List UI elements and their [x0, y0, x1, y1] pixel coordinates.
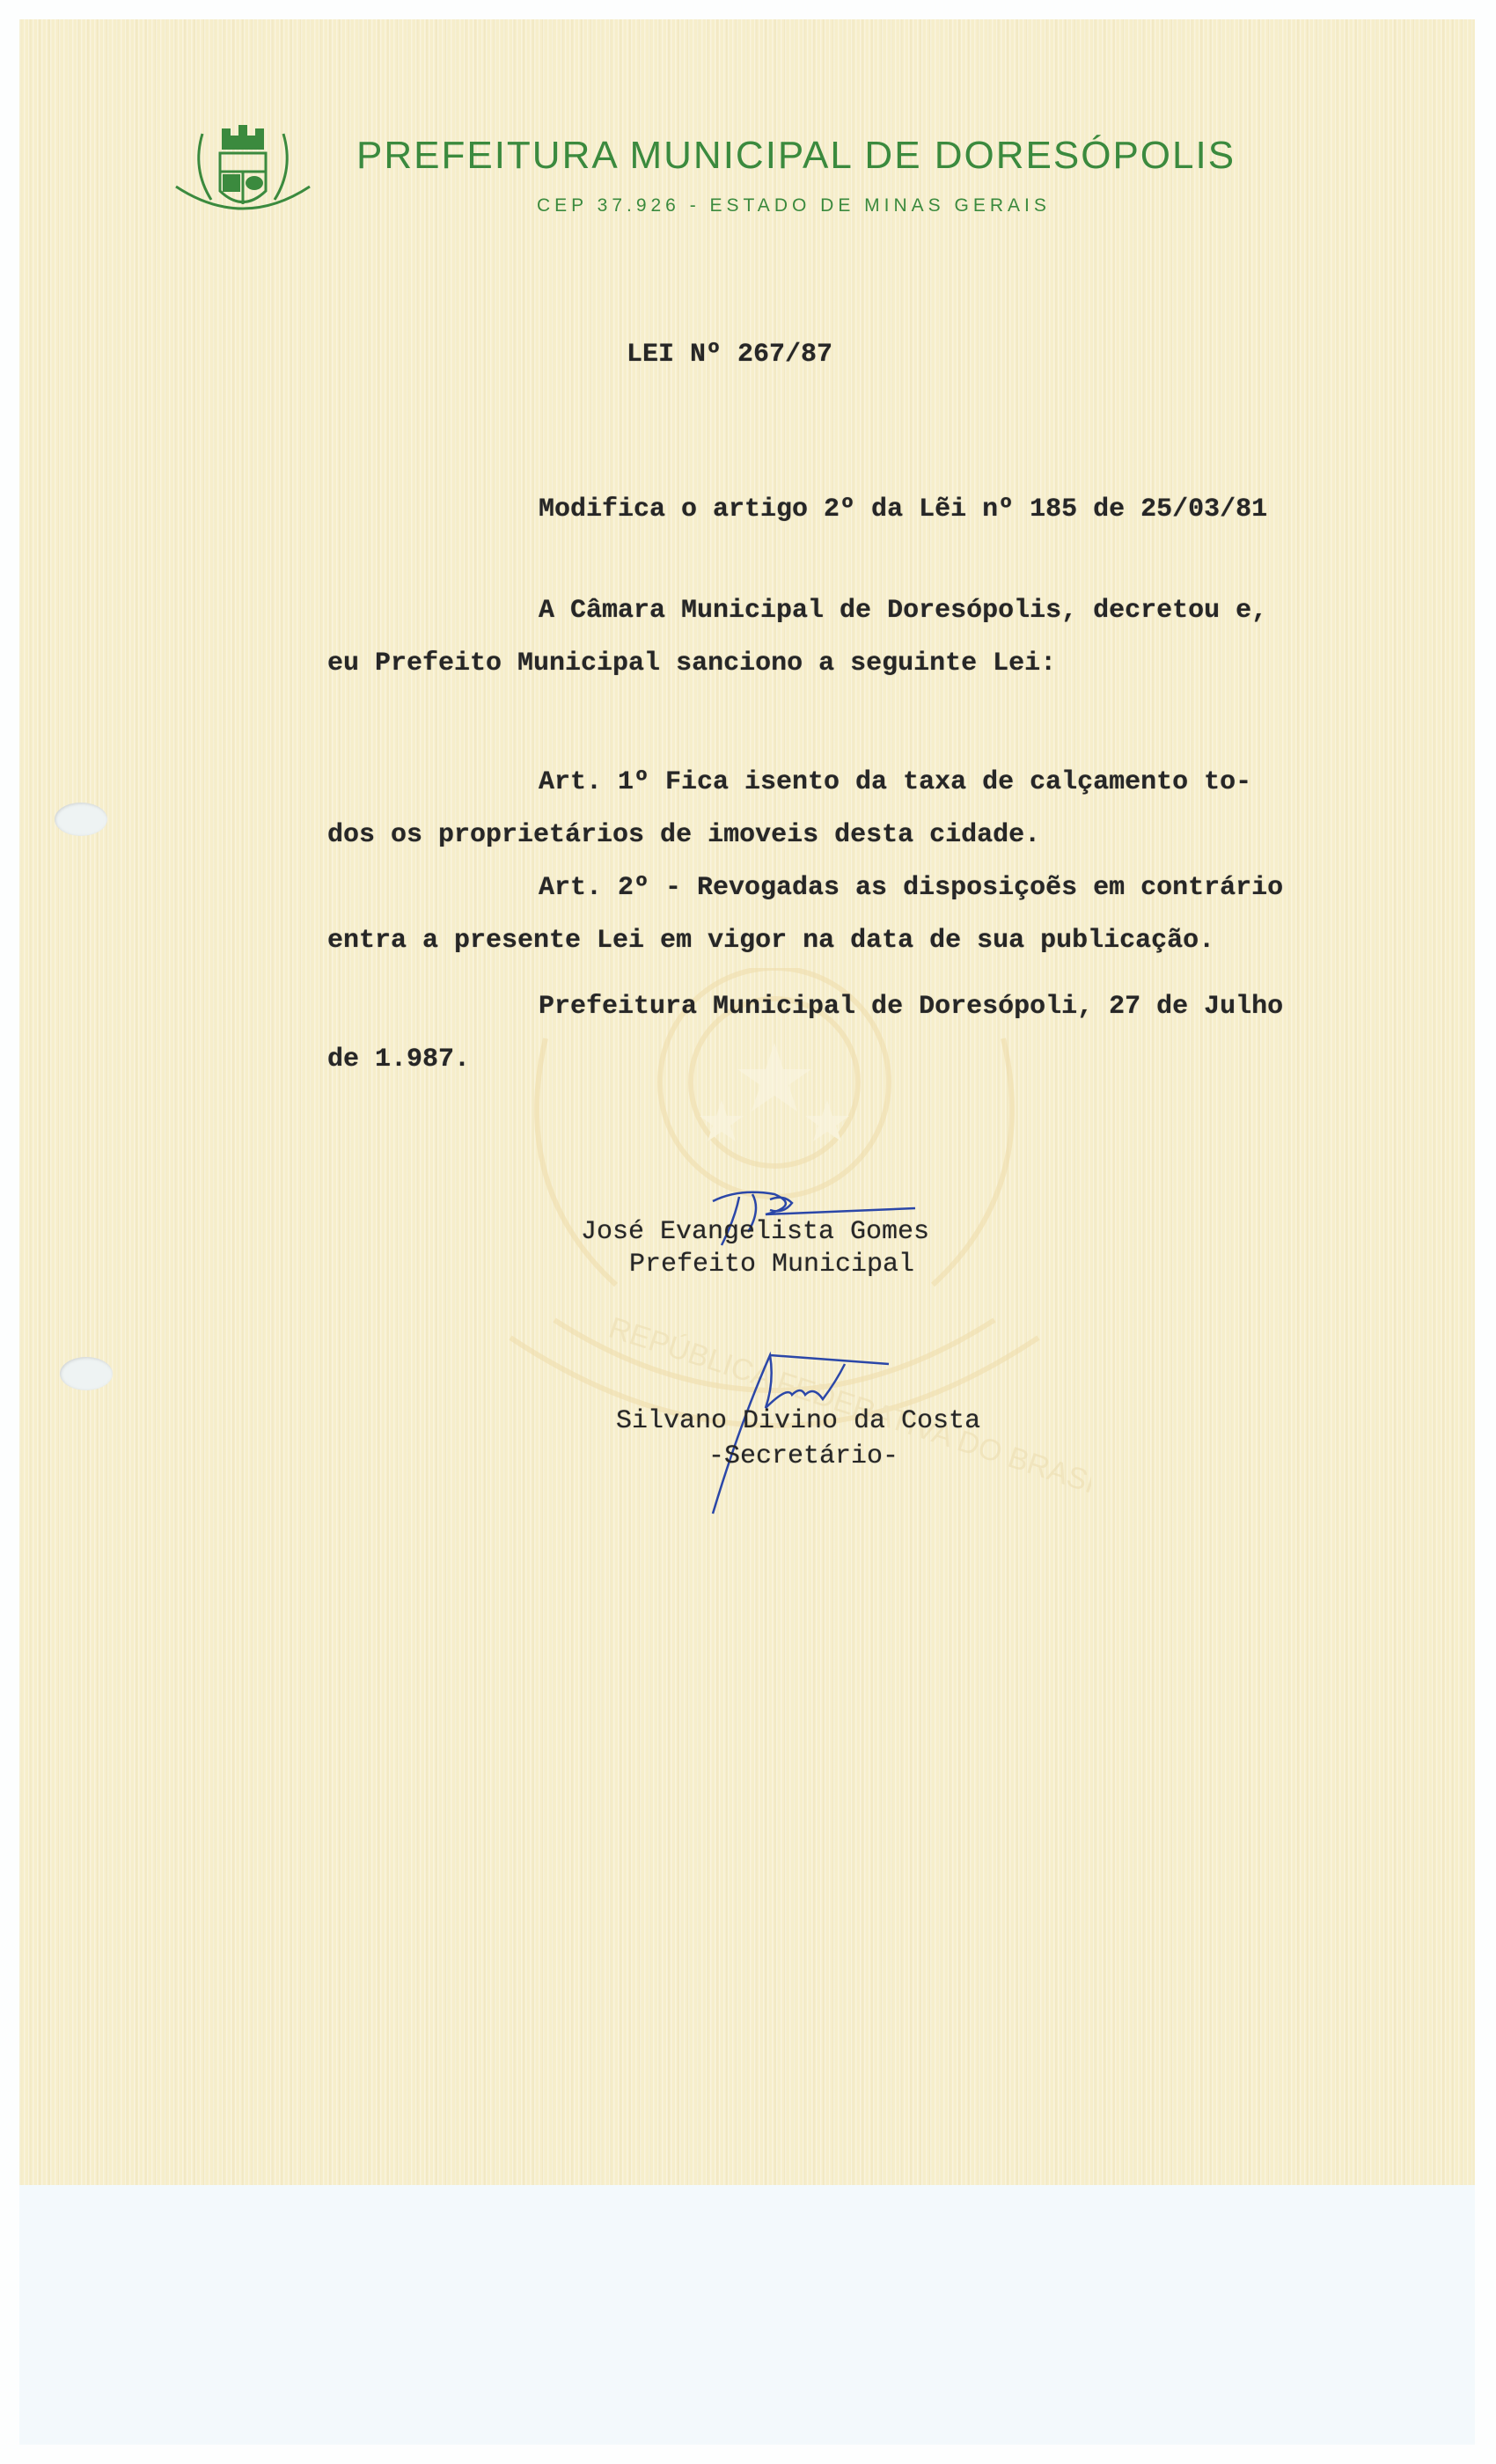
mayor-name: José Evangelista Gomes [581, 1217, 929, 1247]
scan-background [19, 2185, 1475, 2445]
article-2-line-1: Art. 2º - Revogadas as disposiçoẽs em co… [539, 873, 1283, 903]
letterhead-title: PREFEITURA MUNICIPAL DE DORESÓPOLIS [356, 134, 1368, 178]
preamble-line-2: eu Prefeito Municipal sanciono a seguint… [327, 649, 1056, 678]
mayor-title: Prefeito Municipal [629, 1250, 914, 1280]
punch-hole-bottom [60, 1357, 113, 1390]
preamble-line-1: A Câmara Municipal de Doresópolis, decre… [539, 596, 1267, 626]
punch-hole-top [55, 803, 107, 836]
article-2-line-2: entra a presente Lei em vigor na data de… [327, 926, 1214, 956]
closing-line-2: de 1.987. [327, 1045, 470, 1074]
article-1-line-1: Art. 1º Fica isento da taxa de calçament… [539, 767, 1251, 797]
closing-line-1: Prefeitura Municipal de Doresópoli, 27 d… [539, 992, 1283, 1022]
letterhead-subtitle: CEP 37.926 - ESTADO DE MINAS GERAIS [537, 195, 1188, 216]
law-number: LEI Nº 267/87 [627, 340, 832, 370]
secretary-name: Silvano Divino da Costa [616, 1406, 980, 1436]
article-1-line-2: dos os proprietários de imoveis desta ci… [327, 820, 1040, 850]
law-ementa: Modifica o artigo 2º da Lẽi nº 185 de 25… [539, 495, 1267, 524]
municipal-crest-icon [167, 116, 319, 224]
secretary-title: -Secretário- [708, 1441, 898, 1471]
